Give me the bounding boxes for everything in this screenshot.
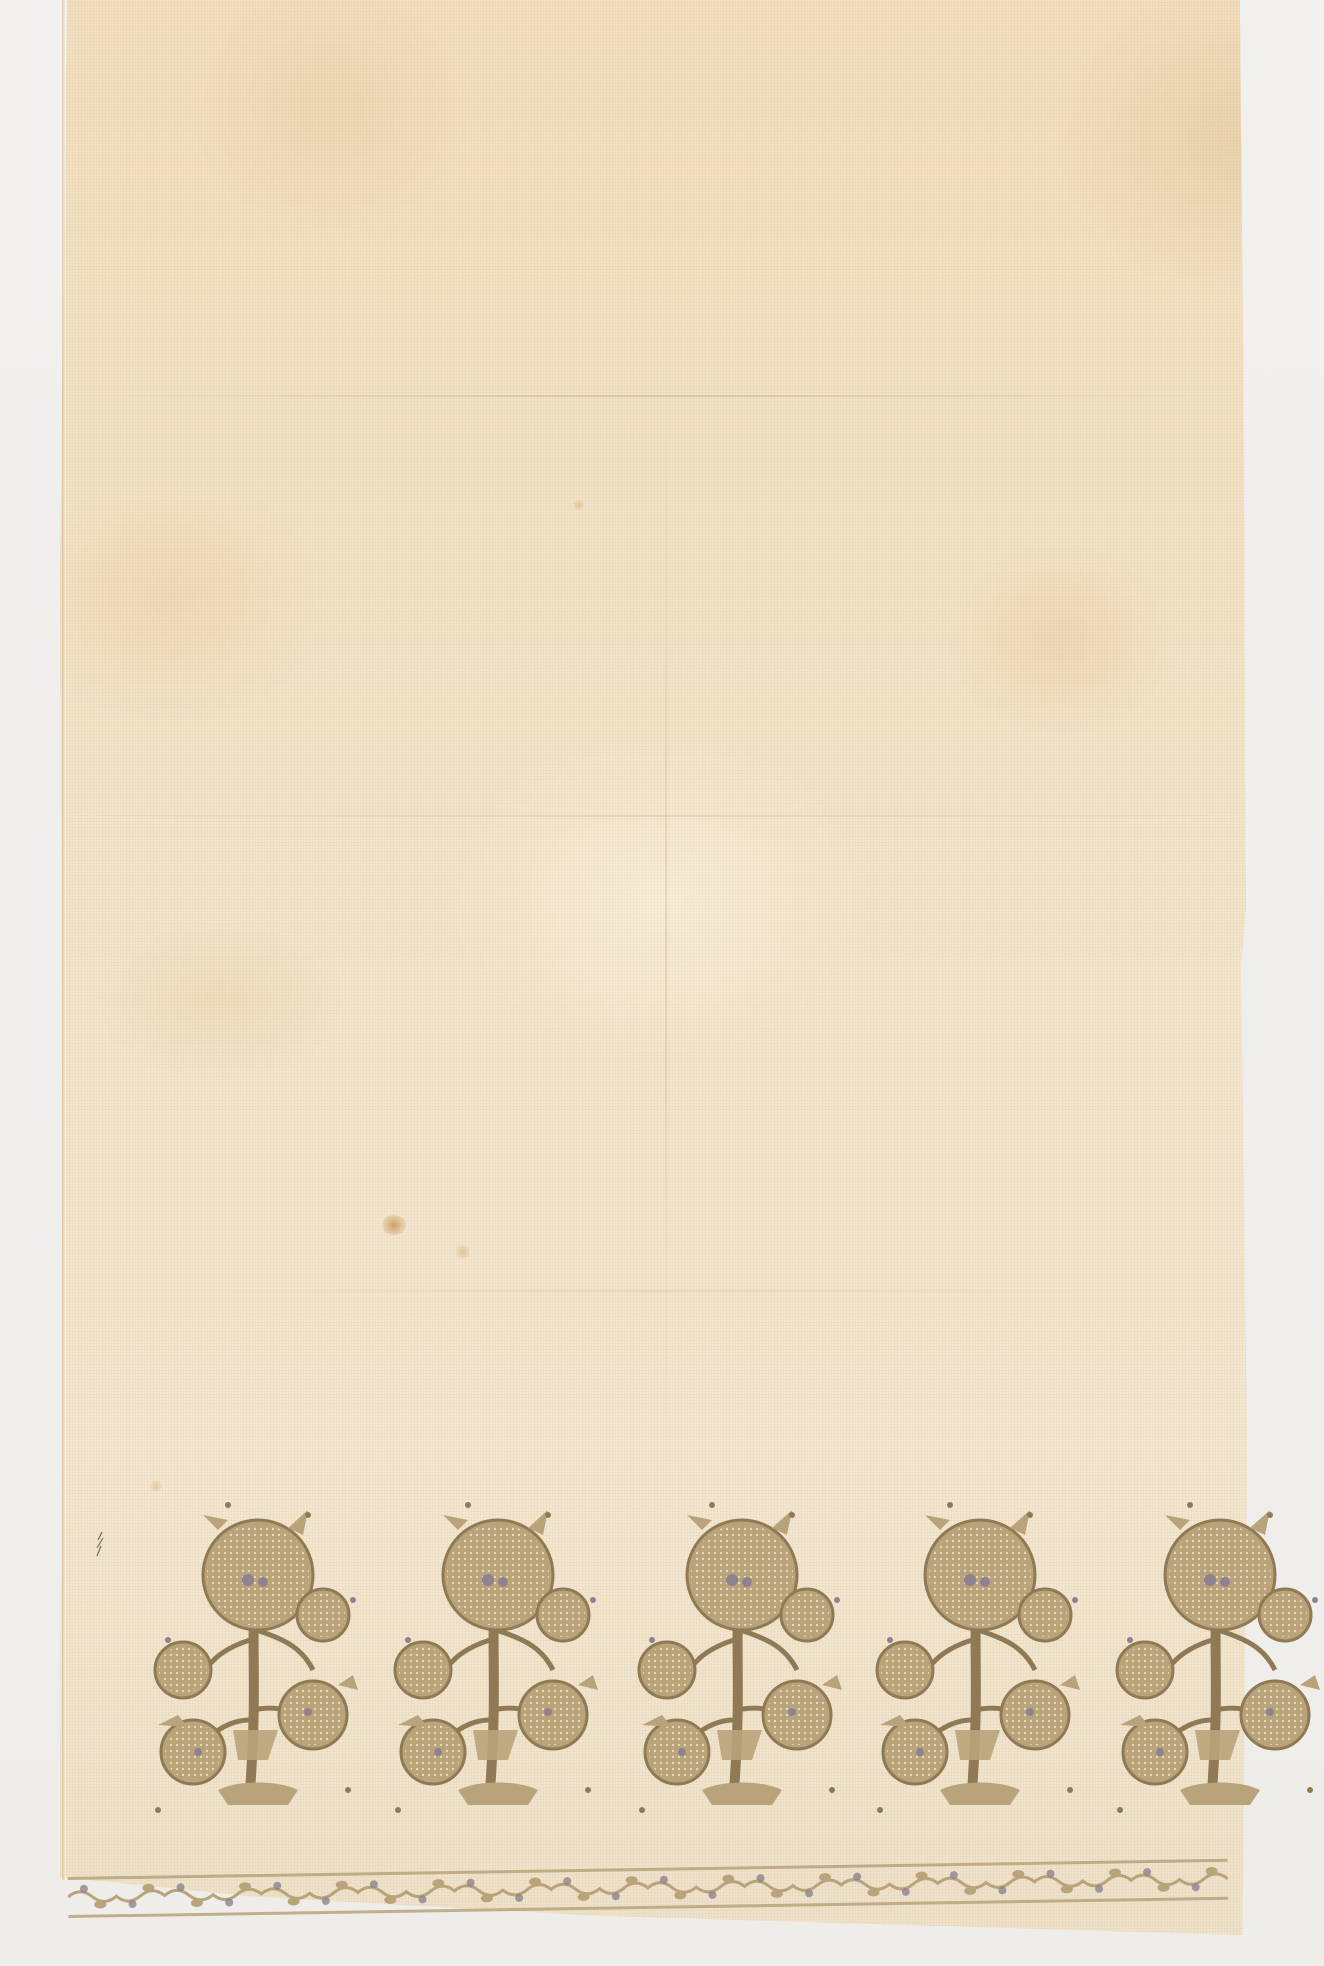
- pomegranate-spray-3: [622, 1490, 852, 1850]
- horizontal-fold: [60, 395, 1247, 397]
- stain-spot: [382, 1215, 406, 1235]
- pomegranate-spray-2: [378, 1490, 608, 1850]
- stain-spot: [574, 500, 584, 510]
- photo-backdrop: [0, 0, 1324, 1966]
- pencil-mark: [92, 1530, 108, 1560]
- horizontal-fold: [60, 1290, 1247, 1292]
- pomegranate-spray-1: [138, 1490, 368, 1850]
- pomegranate-spray-4: [860, 1490, 1090, 1850]
- vertical-crease: [665, 380, 667, 1480]
- stain-spot: [456, 1245, 470, 1259]
- horizontal-fold: [60, 815, 1247, 817]
- pomegranate-spray-5: [1100, 1490, 1324, 1850]
- left-selvage-hem: [62, 0, 66, 1880]
